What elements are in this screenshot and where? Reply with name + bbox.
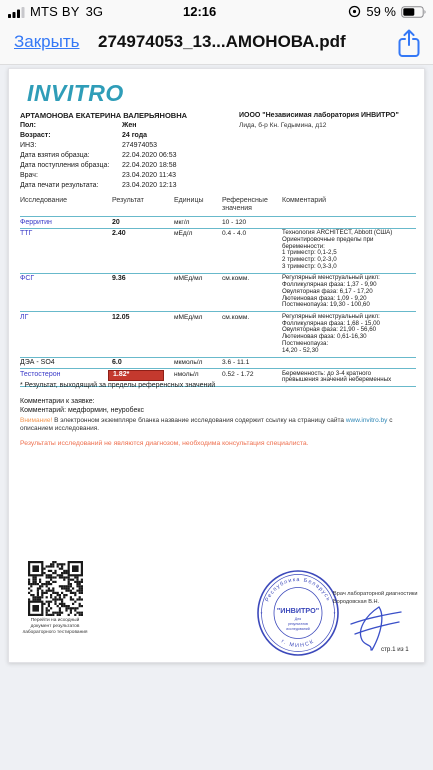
doctor-title: Врач лабораторной диагностики xyxy=(333,590,417,598)
pdf-page: INVITRO АРТАМОНОВА ЕКАТЕРИНА ВАЛЕРЬЯНОВН… xyxy=(8,68,425,663)
svg-text:Республика Беларусь: Республика Беларусь xyxy=(264,577,331,603)
qr-caption: Перейти на исходный документ результатов… xyxy=(14,618,96,635)
test-link-fsg[interactable]: ФСГ xyxy=(20,275,112,282)
table-row: ФСГ 9.36 мМЕд/мл см.комм. Регулярный мен… xyxy=(20,274,416,312)
test-link-testosterone[interactable]: Тестостерон xyxy=(20,371,112,378)
svg-text:г. МИНСК: г. МИНСК xyxy=(280,638,316,649)
stamp-center-text: "ИНВИТРО" xyxy=(277,606,319,615)
svg-text:результатов: результатов xyxy=(288,622,308,626)
share-button[interactable] xyxy=(396,27,422,59)
invitro-logo: INVITRO xyxy=(27,80,124,107)
qr-block: Перейти на исходный документ результатов… xyxy=(14,561,96,635)
battery-icon xyxy=(401,6,427,18)
warning-note: Внимание! В электронном экземпляре бланк… xyxy=(20,417,414,432)
test-name-dea-so4: ДЭА - SO4 xyxy=(20,359,112,366)
share-icon xyxy=(396,27,422,59)
out-of-range-footnote: * Результат, выходящий за пределы рефере… xyxy=(20,382,215,389)
request-comments: Комментарии к заявке: Комментарий: медфо… xyxy=(20,398,144,415)
patient-row: Возраст:24 года xyxy=(20,130,230,140)
svg-text:*: * xyxy=(261,612,263,618)
battery-percent-label: 59 % xyxy=(366,4,396,19)
svg-text:*: * xyxy=(334,612,336,618)
qr-code xyxy=(28,561,83,616)
stamp-arc-top: Республика Беларусь xyxy=(264,577,331,603)
results-table: Исследование Результат Единицы Референсн… xyxy=(20,195,416,387)
lab-org-address: Лида, б-р Кн. Гедымина, д12 xyxy=(239,121,419,131)
page-number: стр.1 из 1 xyxy=(381,646,409,653)
patient-row: Врач:23.04.2020 11:43 xyxy=(20,170,230,180)
clock: 12:16 xyxy=(183,4,216,19)
patient-row: ИНЗ:274974053 xyxy=(20,140,230,150)
patient-info-block: Пол:Жен Возраст:24 года ИНЗ:274974053 Да… xyxy=(20,120,230,190)
patient-row: Дата печати результата:23.04.2020 12:13 xyxy=(20,180,230,190)
patient-name: АРТАМОНОВА ЕКАТЕРИНА ВАЛЕРЬЯНОВНА xyxy=(20,111,187,120)
pdf-viewer-toolbar: Закрыть 274974053_13...АМОНОВА.pdf xyxy=(0,22,433,65)
patient-row: Дата взятия образца:22.04.2020 06:53 xyxy=(20,150,230,160)
warning-prefix: Внимание! xyxy=(20,417,52,424)
lab-stamp: Республика Беларусь г. МИНСК "ИНВИТРО" Д… xyxy=(252,569,344,657)
disclaimer-text: Результаты исследований не являются диаг… xyxy=(20,440,309,447)
lab-org-block: ИООО "Независимая лаборатория ИНВИТРО" Л… xyxy=(239,111,419,131)
out-of-range-result: 1.82* xyxy=(108,370,164,381)
signal-strength-icon xyxy=(8,6,26,18)
table-header: Исследование Результат Единицы Референсн… xyxy=(20,195,416,217)
test-link-ferritin[interactable]: Ферритин xyxy=(20,219,112,226)
stamp-arc-bottom: г. МИНСК xyxy=(280,638,316,649)
patient-row: Пол:Жен xyxy=(20,120,230,130)
table-row: ТТГ 2.40 мЕд/л 0.4 - 4.0 Технология ARCH… xyxy=(20,229,416,274)
close-button[interactable]: Закрыть xyxy=(14,32,79,52)
phone-screen: MTS BY 3G 12:16 59 % Закрыть 274974053_1… xyxy=(0,0,433,770)
orientation-lock-icon xyxy=(348,5,361,18)
svg-text:Для: Для xyxy=(295,617,302,621)
test-link-lg[interactable]: ЛГ xyxy=(20,314,112,321)
table-row: ЛГ 12.05 мМЕд/мл см.комм. Регулярный мен… xyxy=(20,312,416,357)
status-bar: MTS BY 3G 12:16 59 % xyxy=(0,0,433,22)
test-link-ttg[interactable]: ТТГ xyxy=(20,230,112,237)
lab-org-name: ИООО "Независимая лаборатория ИНВИТРО" xyxy=(239,111,419,121)
document-title: 274974053_13...АМОНОВА.pdf xyxy=(98,32,346,52)
table-row: Ферритин 20 мкг/л 10 - 120 xyxy=(20,217,416,229)
invitro-site-link[interactable]: www.invitro.by xyxy=(346,417,388,424)
carrier-label: MTS BY xyxy=(30,4,80,19)
svg-text:исследований: исследований xyxy=(286,627,310,631)
table-row: ДЭА - SO4 6.0 мкмоль/л 3.6 - 11.1 xyxy=(20,358,416,370)
network-type-label: 3G xyxy=(86,4,103,19)
patient-row: Дата поступления образца:22.04.2020 18:5… xyxy=(20,160,230,170)
